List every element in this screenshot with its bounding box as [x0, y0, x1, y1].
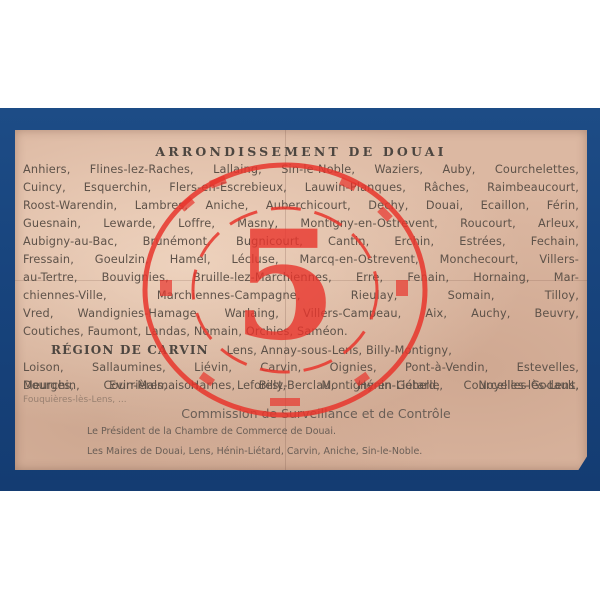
note-lower-text: Dourges, Evin-Malmaison, Leforest, Monti… [15, 130, 587, 470]
signer-president: Le Président de la Chambre de Commerce d… [87, 426, 336, 437]
signer-mayors: Les Maires de Douai, Lens, Hénin-Liétard… [87, 446, 422, 457]
commission-heading: Commission de Surveillance et de Contrôl… [15, 406, 587, 421]
